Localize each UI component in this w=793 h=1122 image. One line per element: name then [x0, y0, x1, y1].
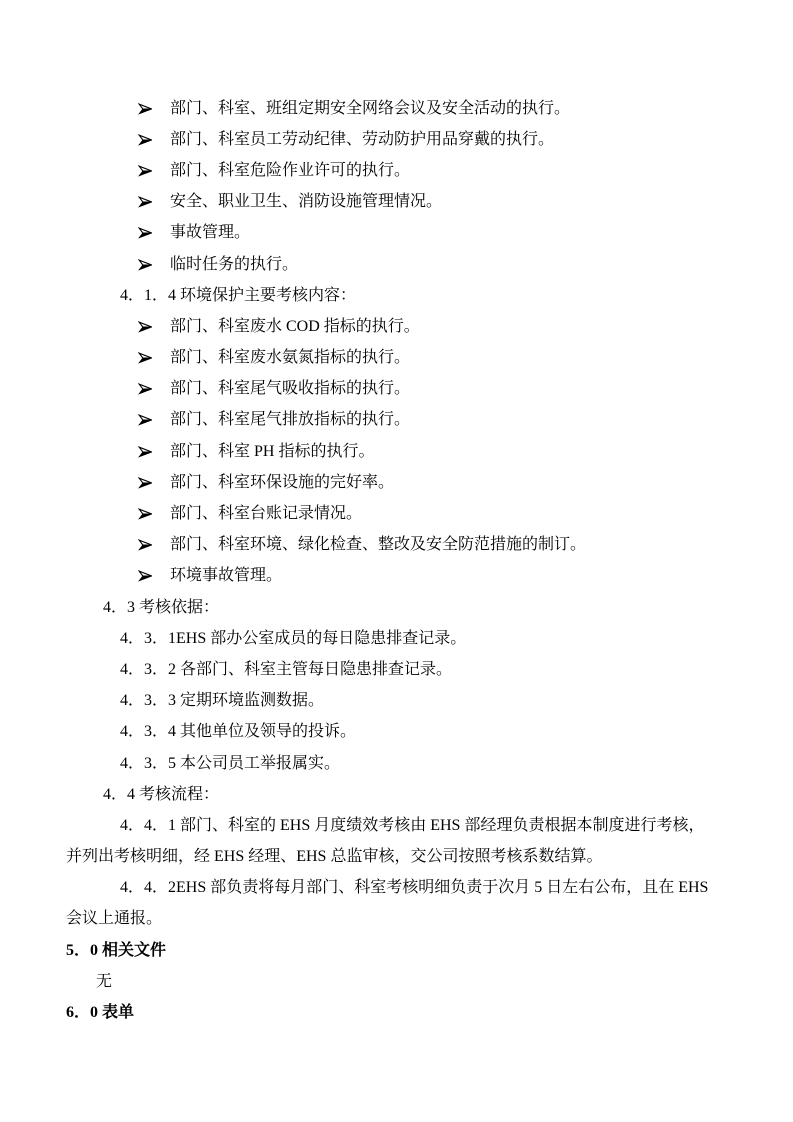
clause-text: 并列出考核明细，经 EHS 经理、EHS 总监审核，交公司按照考核系数结算。	[66, 849, 602, 865]
list-item: 临时任务的执行。	[0, 249, 793, 280]
list-item: 部门、科室废水氨氮指标的执行。	[0, 343, 793, 374]
list-item: 部门、科室环境、绿化检查、整改及安全防范措施的制订。	[0, 530, 793, 561]
arrow-bullet-icon	[138, 227, 153, 239]
list-item-text: 环境事故管理。	[170, 568, 282, 584]
arrow-bullet-icon	[138, 321, 153, 333]
list-item-text: 部门、科室尾气吸收指标的执行。	[170, 381, 410, 397]
list-item-text: 临时任务的执行。	[170, 257, 298, 273]
arrow-bullet-icon	[138, 196, 153, 208]
clause-text: 4．3．3 定期环境监测数据。	[120, 693, 324, 709]
heading-text: 4．3 考核依据：	[103, 600, 219, 616]
list-item-text: 事故管理。	[170, 225, 250, 241]
clause-text: 4．3．5 本公司员工举报属实。	[120, 756, 340, 772]
clause-4-4-2: 4．4．2EHS 部负责将每月部门、科室考核明细负责于次月 5 日左右公布，且在…	[0, 873, 793, 904]
arrow-bullet-icon	[138, 570, 153, 582]
list-item: 事故管理。	[0, 218, 793, 249]
clause-text: 4．3．2 各部门、科室主管每日隐患排查记录。	[120, 662, 452, 678]
list-item: 部门、科室 PH 指标的执行。	[0, 436, 793, 467]
list-item: 部门、科室尾气排放指标的执行。	[0, 405, 793, 436]
list-item-text: 部门、科室台账记录情况。	[170, 506, 362, 522]
list-item-text: 部门、科室废水 COD 指标的执行。	[170, 319, 420, 335]
arrow-bullet-icon	[138, 259, 153, 271]
heading-text: 4．1．4 环境保护主要考核内容：	[120, 288, 356, 304]
list-item: 部门、科室员工劳动纪律、劳动防护用品穿戴的执行。	[0, 124, 793, 155]
arrow-bullet-icon	[138, 446, 153, 458]
clause-text: 4．4．1 部门、科室的 EHS 月度绩效考核由 EHS 部经理负责根据本制度进…	[120, 818, 704, 834]
list-item-text: 部门、科室环保设施的完好率。	[170, 475, 394, 491]
list-item-text: 部门、科室、班组定期安全网络会议及安全活动的执行。	[170, 101, 570, 117]
list-item: 安全、职业卫生、消防设施管理情况。	[0, 187, 793, 218]
arrow-bullet-icon	[138, 383, 153, 395]
list-item-text: 部门、科室 PH 指标的执行。	[170, 444, 374, 460]
section-heading-4-4: 4．4 考核流程：	[0, 779, 793, 810]
clause-4-3-2: 4．3．2 各部门、科室主管每日隐患排查记录。	[0, 654, 793, 685]
list-item-text: 部门、科室员工劳动纪律、劳动防护用品穿戴的执行。	[170, 132, 554, 148]
list-item-text: 部门、科室环境、绿化检查、整改及安全防范措施的制订。	[170, 537, 586, 553]
clause-4-4-2-continuation: 会议上通报。	[0, 904, 793, 935]
list-item: 部门、科室危险作业许可的执行。	[0, 155, 793, 186]
body-text: 无	[96, 974, 112, 990]
clause-text: 会议上通报。	[66, 911, 162, 927]
section-heading-4-1-4: 4．1．4 环境保护主要考核内容：	[0, 280, 793, 311]
list-item: 部门、科室、班组定期安全网络会议及安全活动的执行。	[0, 93, 793, 124]
clause-text: 4．3．1EHS 部办公室成员的每日隐患排查记录。	[120, 631, 466, 647]
arrow-bullet-icon	[138, 539, 153, 551]
clause-4-4-1-continuation: 并列出考核明细，经 EHS 经理、EHS 总监审核，交公司按照考核系数结算。	[0, 842, 793, 873]
clause-4-3-4: 4．3．4 其他单位及领导的投诉。	[0, 717, 793, 748]
arrow-bullet-icon	[138, 352, 153, 364]
list-item: 部门、科室台账记录情况。	[0, 498, 793, 529]
clause-4-3-1: 4．3．1EHS 部办公室成员的每日隐患排查记录。	[0, 623, 793, 654]
arrow-bullet-icon	[138, 414, 153, 426]
list-item-text: 部门、科室危险作业许可的执行。	[170, 163, 410, 179]
clause-4-3-3: 4．3．3 定期环境监测数据。	[0, 686, 793, 717]
clause-text: 4．4．2EHS 部负责将每月部门、科室考核明细负责于次月 5 日左右公布，且在…	[120, 880, 708, 896]
section-heading-5-0: 5．0 相关文件	[0, 935, 793, 966]
heading-text: 4．4 考核流程：	[103, 787, 219, 803]
list-item-text: 安全、职业卫生、消防设施管理情况。	[170, 194, 442, 210]
arrow-bullet-icon	[138, 103, 153, 115]
heading-text: 6．0 表单	[66, 1005, 134, 1021]
arrow-bullet-icon	[138, 508, 153, 520]
heading-text: 5．0 相关文件	[66, 943, 166, 959]
section-body-none: 无	[0, 966, 793, 997]
arrow-bullet-icon	[138, 134, 153, 146]
clause-4-4-1: 4．4．1 部门、科室的 EHS 月度绩效考核由 EHS 部经理负责根据本制度进…	[0, 810, 793, 841]
clause-text: 4．3．4 其他单位及领导的投诉。	[120, 724, 356, 740]
arrow-bullet-icon	[138, 477, 153, 489]
document-page: 部门、科室、班组定期安全网络会议及安全活动的执行。 部门、科室员工劳动纪律、劳动…	[0, 0, 793, 1122]
section-heading-4-3: 4．3 考核依据：	[0, 592, 793, 623]
section-heading-6-0: 6．0 表单	[0, 997, 793, 1028]
list-item-text: 部门、科室尾气排放指标的执行。	[170, 412, 410, 428]
list-item: 部门、科室废水 COD 指标的执行。	[0, 311, 793, 342]
list-item: 部门、科室环保设施的完好率。	[0, 467, 793, 498]
list-item: 环境事故管理。	[0, 561, 793, 592]
list-item: 部门、科室尾气吸收指标的执行。	[0, 374, 793, 405]
clause-4-3-5: 4．3．5 本公司员工举报属实。	[0, 748, 793, 779]
list-item-text: 部门、科室废水氨氮指标的执行。	[170, 350, 410, 366]
arrow-bullet-icon	[138, 165, 153, 177]
